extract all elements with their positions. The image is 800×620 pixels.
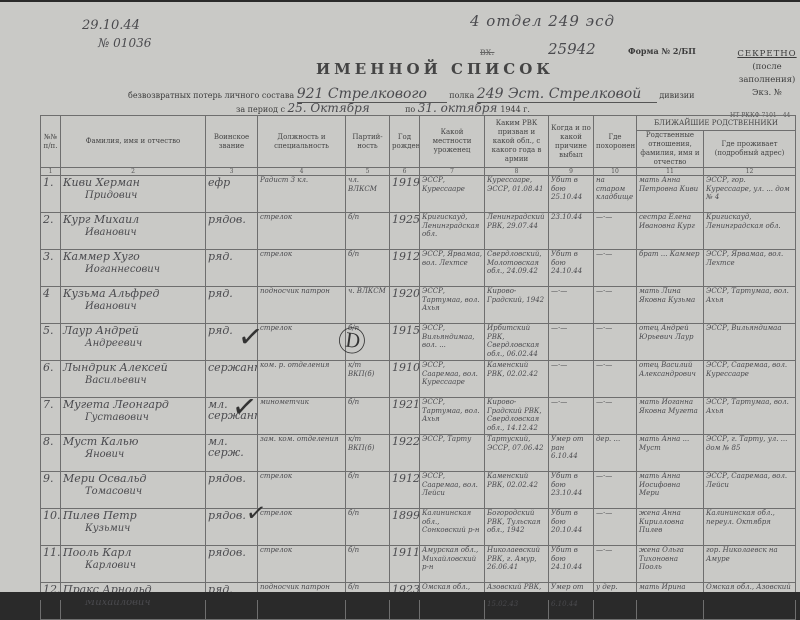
- header-position: Должность и специальность: [258, 116, 346, 168]
- name-text: Мери Освальд: [63, 472, 203, 484]
- birth-year-cell: 1919.: [390, 176, 420, 213]
- departure-cell: Умер от ран 6.10.44: [549, 435, 594, 472]
- party-text: ч. ВЛКСМ: [348, 287, 387, 296]
- position-text: стрелок: [260, 250, 343, 259]
- departure-cell: —·—: [549, 361, 594, 398]
- birthplace-text: ЭССР, Ярвамаа, вол. Лехтсе: [422, 250, 482, 267]
- table-row: 9.Мери ОсвальдТомасовичрядов.стрелокб/п1…: [41, 472, 796, 509]
- departure-cell: Убит в бою 24.10.44: [549, 546, 594, 583]
- draft-office-text: Ирбитский РВК, Свердловская обл., 06.02.…: [487, 324, 546, 358]
- relative-text: жена Анна Кирилловна Пилев: [639, 509, 701, 535]
- document-title: ИМЕННОЙ СПИСОК: [316, 60, 554, 78]
- birth-year-cell: 1920: [390, 287, 420, 324]
- name-text: Муст Калью: [63, 435, 203, 447]
- row-number-text: 4: [43, 287, 58, 299]
- birthplace-text: ЭССР, Вильяндимаа, вол. ...: [422, 324, 482, 350]
- address-text: ЭССР, Сааремаа, вол. Лейси: [706, 472, 793, 489]
- address-text: гор. Николаевск на Амуре: [706, 546, 793, 563]
- row-number-text: 10.: [43, 509, 58, 521]
- document-page: 29.10.44 № 01036 4 отдел 249 эсд вх. 259…: [0, 2, 800, 592]
- relative-cell: жена Анна Кирилловна Пилев: [637, 509, 704, 546]
- row-number-text: 9.: [43, 472, 58, 484]
- full-name-cell: Муст КальюЯнович: [61, 435, 206, 472]
- row-number-cell: 3.: [41, 250, 61, 287]
- draft-office-cell: Свердловский, Молотовская обл., 24.09.42: [485, 250, 549, 287]
- address-cell: ЭССР, Тартумаа, вол. Ахья: [704, 398, 796, 435]
- patronymic-text: Иоганнесович: [63, 262, 203, 275]
- position-cell: стрелок: [258, 250, 346, 287]
- departure-text: —·—: [551, 398, 591, 407]
- losses-table: №№ п/п. Фамилия, имя и отчество Воинское…: [40, 115, 796, 600]
- header-name: Фамилия, имя и отчество: [61, 116, 206, 168]
- rank-cell: рядов.: [206, 213, 258, 250]
- party-cell: чл. ВЛКСМ: [346, 176, 390, 213]
- position-cell: стрелок: [258, 324, 346, 361]
- departure-text: —·—: [551, 287, 591, 296]
- rank-text: рядов.: [208, 546, 255, 558]
- relative-cell: сестра Елена Ивановна Кург: [637, 213, 704, 250]
- address-text: ЭССР, г. Тарту, ул. ... дом № 85: [706, 435, 793, 452]
- correction-mark-icon: Ⓓ: [335, 318, 368, 362]
- handwritten-number-note: № 01036: [98, 36, 151, 50]
- position-text: стрелок: [260, 546, 343, 555]
- name-text: Мугета Леонгард: [63, 398, 203, 410]
- secrecy-block: СЕКРЕТНО (после заполнения) Экз. №: [734, 48, 800, 100]
- burial-place-cell: —·—: [594, 398, 637, 435]
- address-text: ЭССР, гор. Курессааре, ул. ... дом № 4: [706, 176, 793, 202]
- burial-place-text: —·—: [596, 287, 634, 296]
- burial-place-cell: —·—: [594, 509, 637, 546]
- address-text: Кригискауд, Ленинградская обл.: [706, 213, 793, 230]
- patronymic-text: Карлович: [63, 558, 203, 571]
- colnum: 6: [390, 168, 420, 176]
- departure-cell: —·—: [549, 324, 594, 361]
- row-number-cell: 9.: [41, 472, 61, 509]
- position-cell: зам. ком. отделения: [258, 435, 346, 472]
- draft-office-cell: Николаевский РВК, г. Амур, 26.06.41: [485, 546, 549, 583]
- colnum: 5: [346, 168, 390, 176]
- row-number-text: 3.: [43, 250, 58, 262]
- rank-cell: ефр: [206, 176, 258, 213]
- departure-cell: Убит в бою 23.10.44: [549, 472, 594, 509]
- birthplace-text: ЭССР, Курессааре: [422, 176, 482, 193]
- relative-cell: отец Василий Александрович: [637, 361, 704, 398]
- address-text: ЭССР, Тартумаа, вол. Ахья: [706, 398, 793, 415]
- position-cell: ком. р. отделения: [258, 361, 346, 398]
- draft-office-cell: Ленинградский РВК, 29.07.44: [485, 213, 549, 250]
- relative-cell: мать Анна Петровна Киви: [637, 176, 704, 213]
- header-address: Где проживает (подробный адрес): [704, 131, 796, 168]
- birthplace-cell: ЭССР, Ярвамаа, вол. Лехтсе: [420, 250, 485, 287]
- address-cell: ЭССР, Вильяндимаа: [704, 324, 796, 361]
- birth-year-cell: 1912: [390, 472, 420, 509]
- draft-office-cell: Курессааре, ЭССР, 01.08.41: [485, 176, 549, 213]
- burial-place-text: дер. ...: [596, 435, 634, 444]
- party-cell: б/п: [346, 213, 390, 250]
- departure-cell: Убит в бою 25.10.44: [549, 176, 594, 213]
- party-text: б/п: [348, 472, 387, 481]
- birthplace-text: ЭССР, Тартумаа, вол. Ахья: [422, 287, 482, 313]
- address-cell: ЭССР, гор. Курессааре, ул. ... дом № 4: [704, 176, 796, 213]
- burial-place-cell: —·—: [594, 324, 637, 361]
- header-rank: Воинское звание: [206, 116, 258, 168]
- relative-text: мать Анна Петровна Киви: [639, 176, 701, 193]
- burial-place-cell: на старом кладбище: [594, 176, 637, 213]
- birth-year-text: 1920: [392, 287, 417, 299]
- party-cell: б/п: [346, 398, 390, 435]
- row-number-cell: 8.: [41, 435, 61, 472]
- row-number-text: 11.: [43, 546, 58, 558]
- header-number: №№ п/п.: [41, 116, 61, 168]
- draft-office-text: Тартуский, ЭССР, 07.06.42: [487, 435, 546, 452]
- birth-year-text: 1911.: [392, 546, 417, 558]
- birth-year-text: 1925: [392, 213, 417, 225]
- birthplace-text: Калининская обл., Сонковский р-н: [422, 509, 482, 535]
- departure-text: Убит в бою 20.10.44: [551, 509, 591, 535]
- full-name-cell: Лаур АндрейАндреевич: [61, 324, 206, 361]
- burial-place-cell: —·—: [594, 546, 637, 583]
- full-name-cell: Киви ХерманПридович: [61, 176, 206, 213]
- address-cell: ЭССР, Ярвамаа, вол. Лехтсе: [704, 250, 796, 287]
- party-text: к/т ВКП(б): [348, 435, 387, 452]
- birth-year-text: 1919.: [392, 176, 417, 188]
- name-text: Пилев Петр: [63, 509, 203, 521]
- birthplace-cell: ЭССР, Тарту: [420, 435, 485, 472]
- colnum: 11: [637, 168, 704, 176]
- patronymic-text: Янович: [63, 447, 203, 460]
- position-cell: подносчик патрон: [258, 287, 346, 324]
- draft-office-text: Кирово-Градский, 1942: [487, 287, 546, 304]
- birthplace-text: ЭССР, Тарту: [422, 435, 482, 444]
- period-to: 31. октября: [418, 101, 498, 116]
- party-cell: б/п: [346, 472, 390, 509]
- departure-text: —·—: [551, 361, 591, 370]
- burial-place-cell: —·—: [594, 472, 637, 509]
- birthplace-cell: ЭССР, Сааремаа, вол. Курессааре: [420, 361, 485, 398]
- relative-cell: мать Иоганна Яковна Мугета: [637, 398, 704, 435]
- rank-text: ряд.: [208, 287, 255, 299]
- form-number: Форма № 2/БП: [628, 46, 696, 56]
- position-text: подносчик патрон: [260, 287, 343, 296]
- colnum: 1: [41, 168, 61, 176]
- draft-office-cell: Кирово-Градский РВК, Свердловская обл., …: [485, 398, 549, 435]
- position-text: зам. ком. отделения: [260, 435, 343, 444]
- colnum: 7: [420, 168, 485, 176]
- position-cell: стрелок: [258, 472, 346, 509]
- table-row: 7.Мугета ЛеонгардГуставовичмл. сержантми…: [41, 398, 796, 435]
- full-name-cell: Кург МихаилИванович: [61, 213, 206, 250]
- address-cell: ЭССР, г. Тарту, ул. ... дом № 85: [704, 435, 796, 472]
- address-cell: Калининская обл., переул. Октября: [704, 509, 796, 546]
- header-birthplace: Какой местности уроженец: [420, 116, 485, 168]
- row-number-cell: 7.: [41, 398, 61, 435]
- address-cell: гор. Николаевск на Амуре: [704, 546, 796, 583]
- departure-cell: Убит в бою 20.10.44: [549, 509, 594, 546]
- period-label: за период с: [236, 105, 285, 114]
- name-text: Киви Херман: [63, 176, 203, 188]
- address-text: Калининская обл., переул. Октября: [706, 509, 793, 526]
- party-text: б/п: [348, 250, 387, 259]
- departure-text: Убит в бою 24.10.44: [551, 250, 591, 276]
- relative-text: мать Анна Иосифовна Мери: [639, 472, 701, 498]
- birthplace-text: Амурская обл., Михайловский р-н: [422, 546, 482, 572]
- draft-office-cell: Каменский РВК, 02.02.42: [485, 472, 549, 509]
- burial-place-text: —·—: [596, 361, 634, 370]
- patronymic-text: Кузьмич: [63, 521, 203, 534]
- draft-office-text: Николаевский РВК, г. Амур, 26.06.41: [487, 546, 546, 572]
- full-name-cell: Каммер ХугоИоганнесович: [61, 250, 206, 287]
- column-number-row: 1 2 3 4 5 6 7 8 9 10 11 12: [41, 168, 796, 176]
- party-cell: б/п: [346, 546, 390, 583]
- birth-year-text: 1910.: [392, 361, 417, 373]
- table-row: 11.Пооль КарлКарловичрядов.стрелокб/п191…: [41, 546, 796, 583]
- position-text: стрелок: [260, 324, 343, 333]
- burial-place-cell: —·—: [594, 287, 637, 324]
- table-row: 5.Лаур АндрейАндреевичряд.стрелокб/п1915…: [41, 324, 796, 361]
- birth-year-text: 1921: [392, 398, 417, 410]
- relative-cell: мать Анна Иосифовна Мери: [637, 472, 704, 509]
- draft-office-text: Каменский РВК, 02.02.42: [487, 361, 546, 378]
- check-mark-icon: ✓: [230, 388, 260, 426]
- address-text: ЭССР, Сааремаа, вол. Курессааре: [706, 361, 793, 378]
- rank-text: рядов.: [208, 213, 255, 225]
- birth-year-text: 1912: [392, 250, 417, 262]
- rank-cell: рядов.: [206, 546, 258, 583]
- party-text: б/п: [348, 213, 387, 222]
- birth-year-cell: 1925: [390, 213, 420, 250]
- departure-cell: 23.10.44: [549, 213, 594, 250]
- departure-cell: Убит в бою 24.10.44: [549, 250, 594, 287]
- header-party: Партий-ность: [346, 116, 390, 168]
- relative-cell: отец Андрей Юрьевич Лаур: [637, 324, 704, 361]
- patronymic-text: Иванович: [63, 225, 203, 238]
- full-name-cell: Кузьма АльфредИванович: [61, 287, 206, 324]
- incoming-stamp: вх.: [480, 44, 500, 58]
- header-relative: Родственные отношения, фамилия, имя и от…: [637, 131, 704, 168]
- row-number-cell: 5.: [41, 324, 61, 361]
- table-row: 10.Пилев ПетрКузьмичрядов.стрелокб/п1899…: [41, 509, 796, 546]
- birth-year-cell: 1912: [390, 250, 420, 287]
- full-name-cell: Пилев ПетрКузьмич: [61, 509, 206, 546]
- colnum: 12: [704, 168, 796, 176]
- incoming-stamp-number: 25942: [548, 40, 596, 58]
- period-to-label: по: [405, 105, 415, 114]
- period-year: 1944 г.: [500, 105, 530, 114]
- full-name-cell: Лындрик АлексейВасильевич: [61, 361, 206, 398]
- header-rvk: Каким РВК призван и какой обл., с какого…: [485, 116, 549, 168]
- rank-cell: ряд.: [206, 287, 258, 324]
- rank-cell: ряд.: [206, 250, 258, 287]
- draft-office-text: Каменский РВК, 02.02.42: [487, 472, 546, 489]
- copy-number-label: Экз. №: [734, 87, 800, 100]
- burial-place-cell: —·—: [594, 361, 637, 398]
- party-cell: б/п: [346, 250, 390, 287]
- position-text: стрелок: [260, 213, 343, 222]
- handwritten-department-note: 4 отдел 249 эсд: [470, 12, 615, 30]
- full-name-cell: Мери ОсвальдТомасович: [61, 472, 206, 509]
- full-name-cell: Пооль КарлКарлович: [61, 546, 206, 583]
- birthplace-cell: Калининская обл., Сонковский р-н: [420, 509, 485, 546]
- draft-office-text: Кирово-Градский РВК, Свердловская обл., …: [487, 398, 546, 432]
- birth-year-text: 1899: [392, 509, 417, 521]
- row-number-cell: 2.: [41, 213, 61, 250]
- party-cell: к/т ВКП(б): [346, 435, 390, 472]
- patronymic-text: Иванович: [63, 299, 203, 312]
- position-text: подносчик патрон: [260, 583, 343, 592]
- header-born: Год рожден.: [390, 116, 420, 168]
- row-number-text: 2.: [43, 213, 58, 225]
- relative-cell: брат ... Каммер: [637, 250, 704, 287]
- departure-cell: —·—: [549, 398, 594, 435]
- address-cell: ЭССР, Тартумаа, вол. Ахья: [704, 287, 796, 324]
- party-text: к/т ВКП(б): [348, 361, 387, 378]
- departure-cell: —·—: [549, 287, 594, 324]
- birthplace-cell: ЭССР, Тартумаа, вол. Ахья: [420, 398, 485, 435]
- address-cell: ЭССР, Сааремаа, вол. Курессааре: [704, 361, 796, 398]
- relative-text: мать Лина Яковна Кузьма: [639, 287, 701, 304]
- address-cell: ЭССР, Сааремаа, вол. Лейси: [704, 472, 796, 509]
- departure-text: 23.10.44: [551, 213, 591, 222]
- row-number-text: 8.: [43, 435, 58, 447]
- draft-office-cell: Каменский РВК, 02.02.42: [485, 361, 549, 398]
- position-text: ком. р. отделения: [260, 361, 343, 370]
- table-row: 4Кузьма АльфредИвановичряд.подносчик пат…: [41, 287, 796, 324]
- relative-text: отец Андрей Юрьевич Лаур: [639, 324, 701, 341]
- relative-text: сестра Елена Ивановна Кург: [639, 213, 701, 230]
- name-text: Пооль Карл: [63, 546, 203, 558]
- party-text: б/п: [348, 583, 387, 592]
- birth-year-cell: 1922.: [390, 435, 420, 472]
- position-cell: стрелок: [258, 546, 346, 583]
- birthplace-cell: Амурская обл., Михайловский р-н: [420, 546, 485, 583]
- burial-place-text: —·—: [596, 398, 634, 407]
- birth-year-text: 1912: [392, 472, 417, 484]
- name-text: Лаур Андрей: [63, 324, 203, 336]
- birthplace-cell: ЭССР, Сааремаа, вол. Лейси: [420, 472, 485, 509]
- relative-cell: мать Лина Яковна Кузьма: [637, 287, 704, 324]
- draft-office-text: Курессааре, ЭССР, 01.08.41: [487, 176, 546, 193]
- departure-text: —·—: [551, 324, 591, 333]
- departure-text: Умер от ран 6.10.44: [551, 435, 591, 461]
- name-text: Кузьма Альфред: [63, 287, 203, 299]
- patronymic-text: Андреевич: [63, 336, 203, 349]
- row-number-text: 1.: [43, 176, 58, 188]
- position-cell: стрелок: [258, 213, 346, 250]
- row-number-text: 5.: [43, 324, 58, 336]
- header-departure: Когда и по какой причине выбыл: [549, 116, 594, 168]
- regiment-label: полка: [449, 91, 474, 100]
- name-text: Каммер Хуго: [63, 250, 203, 262]
- patronymic-text: Густавович: [63, 410, 203, 423]
- position-text: Радист 3 кл.: [260, 176, 343, 185]
- relative-cell: мать Анна ... Муст: [637, 435, 704, 472]
- position-text: стрелок: [260, 509, 343, 518]
- burial-place-text: —·—: [596, 250, 634, 259]
- birth-year-cell: 1911.: [390, 546, 420, 583]
- draft-office-cell: Кирово-Градский, 1942: [485, 287, 549, 324]
- burial-place-text: —·—: [596, 509, 634, 518]
- period-line: за период с 25. Октября по 31. октября 1…: [236, 101, 530, 116]
- table-row: 1.Киви ХерманПридовичефрРадист 3 кл.чл. …: [41, 176, 796, 213]
- relative-text: жена Ольга Тихоновна Пооль: [639, 546, 701, 572]
- draft-office-text: Богородский РВК, Тульская обл., 1942: [487, 509, 546, 535]
- position-cell: Радист 3 кл.: [258, 176, 346, 213]
- rank-text: ряд.: [208, 250, 255, 262]
- birth-year-cell: 1899: [390, 509, 420, 546]
- colnum: 9: [549, 168, 594, 176]
- rank-text: мл. серж.: [208, 435, 255, 458]
- birth-year-cell: 1910.: [390, 361, 420, 398]
- birthplace-text: ЭССР, Сааремаа, вол. Лейси: [422, 472, 482, 498]
- check-mark-icon: ✓: [244, 498, 268, 529]
- draft-office-cell: Богородский РВК, Тульская обл., 1942: [485, 509, 549, 546]
- name-text: Кург Михаил: [63, 213, 203, 225]
- burial-place-cell: —·—: [594, 213, 637, 250]
- party-text: б/п: [348, 398, 387, 407]
- departure-text: Убит в бою 24.10.44: [551, 546, 591, 572]
- birth-year-cell: 1915: [390, 324, 420, 361]
- rank-cell: мл. серж.: [206, 435, 258, 472]
- position-cell: стрелок: [258, 509, 346, 546]
- relative-text: мать Иоганна Яковна Мугета: [639, 398, 701, 415]
- birthplace-text: ЭССР, Сааремаа, вол. Курессааре: [422, 361, 482, 387]
- draft-office-cell: Тартуский, ЭССР, 07.06.42: [485, 435, 549, 472]
- colnum: 2: [61, 168, 206, 176]
- colnum: 4: [258, 168, 346, 176]
- party-text: чл. ВЛКСМ: [348, 176, 387, 193]
- table-row: 2.Кург МихаилИвановичрядов.стрелокб/п192…: [41, 213, 796, 250]
- handwritten-date-note: 29.10.44: [82, 18, 140, 33]
- rank-text: сержант: [208, 361, 255, 373]
- colnum: 8: [485, 168, 549, 176]
- birthplace-cell: ЭССР, Курессааре: [420, 176, 485, 213]
- table-row: 8.Муст КальюЯновичмл. серж.зам. ком. отд…: [41, 435, 796, 472]
- scan-border: [0, 592, 800, 600]
- birthplace-text: ЭССР, Тартумаа, вол. Ахья: [422, 398, 482, 424]
- party-text: б/п: [348, 509, 387, 518]
- party-cell: к/т ВКП(б): [346, 361, 390, 398]
- birthplace-text: Кригискауд, Ленинградская обл.: [422, 213, 482, 239]
- position-cell: минометчик: [258, 398, 346, 435]
- row-number-cell: 10.: [41, 509, 61, 546]
- burial-place-text: —·—: [596, 324, 634, 333]
- birthplace-cell: Кригискауд, Ленинградская обл.: [420, 213, 485, 250]
- division-label: дивизии: [659, 91, 694, 100]
- losses-label: безвозвратных потерь личного состава: [128, 91, 294, 100]
- burial-place-text: —·—: [596, 213, 634, 222]
- row-number-text: 7.: [43, 398, 58, 410]
- table-row: 6.Лындрик АлексейВасильевичсержантком. р…: [41, 361, 796, 398]
- birth-year-text: 1915: [392, 324, 417, 336]
- table-row: 3.Каммер ХугоИоганнесовичряд.стрелокб/п1…: [41, 250, 796, 287]
- burial-place-text: на старом кладбище: [596, 176, 634, 202]
- stamp-label: вх.: [480, 47, 494, 58]
- full-name-cell: Мугета ЛеонгардГуставович: [61, 398, 206, 435]
- position-text: минометчик: [260, 398, 343, 407]
- colnum: 3: [206, 168, 258, 176]
- row-number-text: 6.: [43, 361, 58, 373]
- draft-office-text: Ленинградский РВК, 29.07.44: [487, 213, 546, 230]
- address-cell: Кригискауд, Ленинградская обл.: [704, 213, 796, 250]
- burial-place-text: —·—: [596, 472, 634, 481]
- birth-year-cell: 1921: [390, 398, 420, 435]
- row-number-cell: 6.: [41, 361, 61, 398]
- rank-text: ефр: [208, 176, 255, 188]
- departure-text: Убит в бою 23.10.44: [551, 472, 591, 498]
- row-number-cell: 11.: [41, 546, 61, 583]
- birth-year-text: 1922.: [392, 435, 417, 447]
- burial-place-cell: дер. ...: [594, 435, 637, 472]
